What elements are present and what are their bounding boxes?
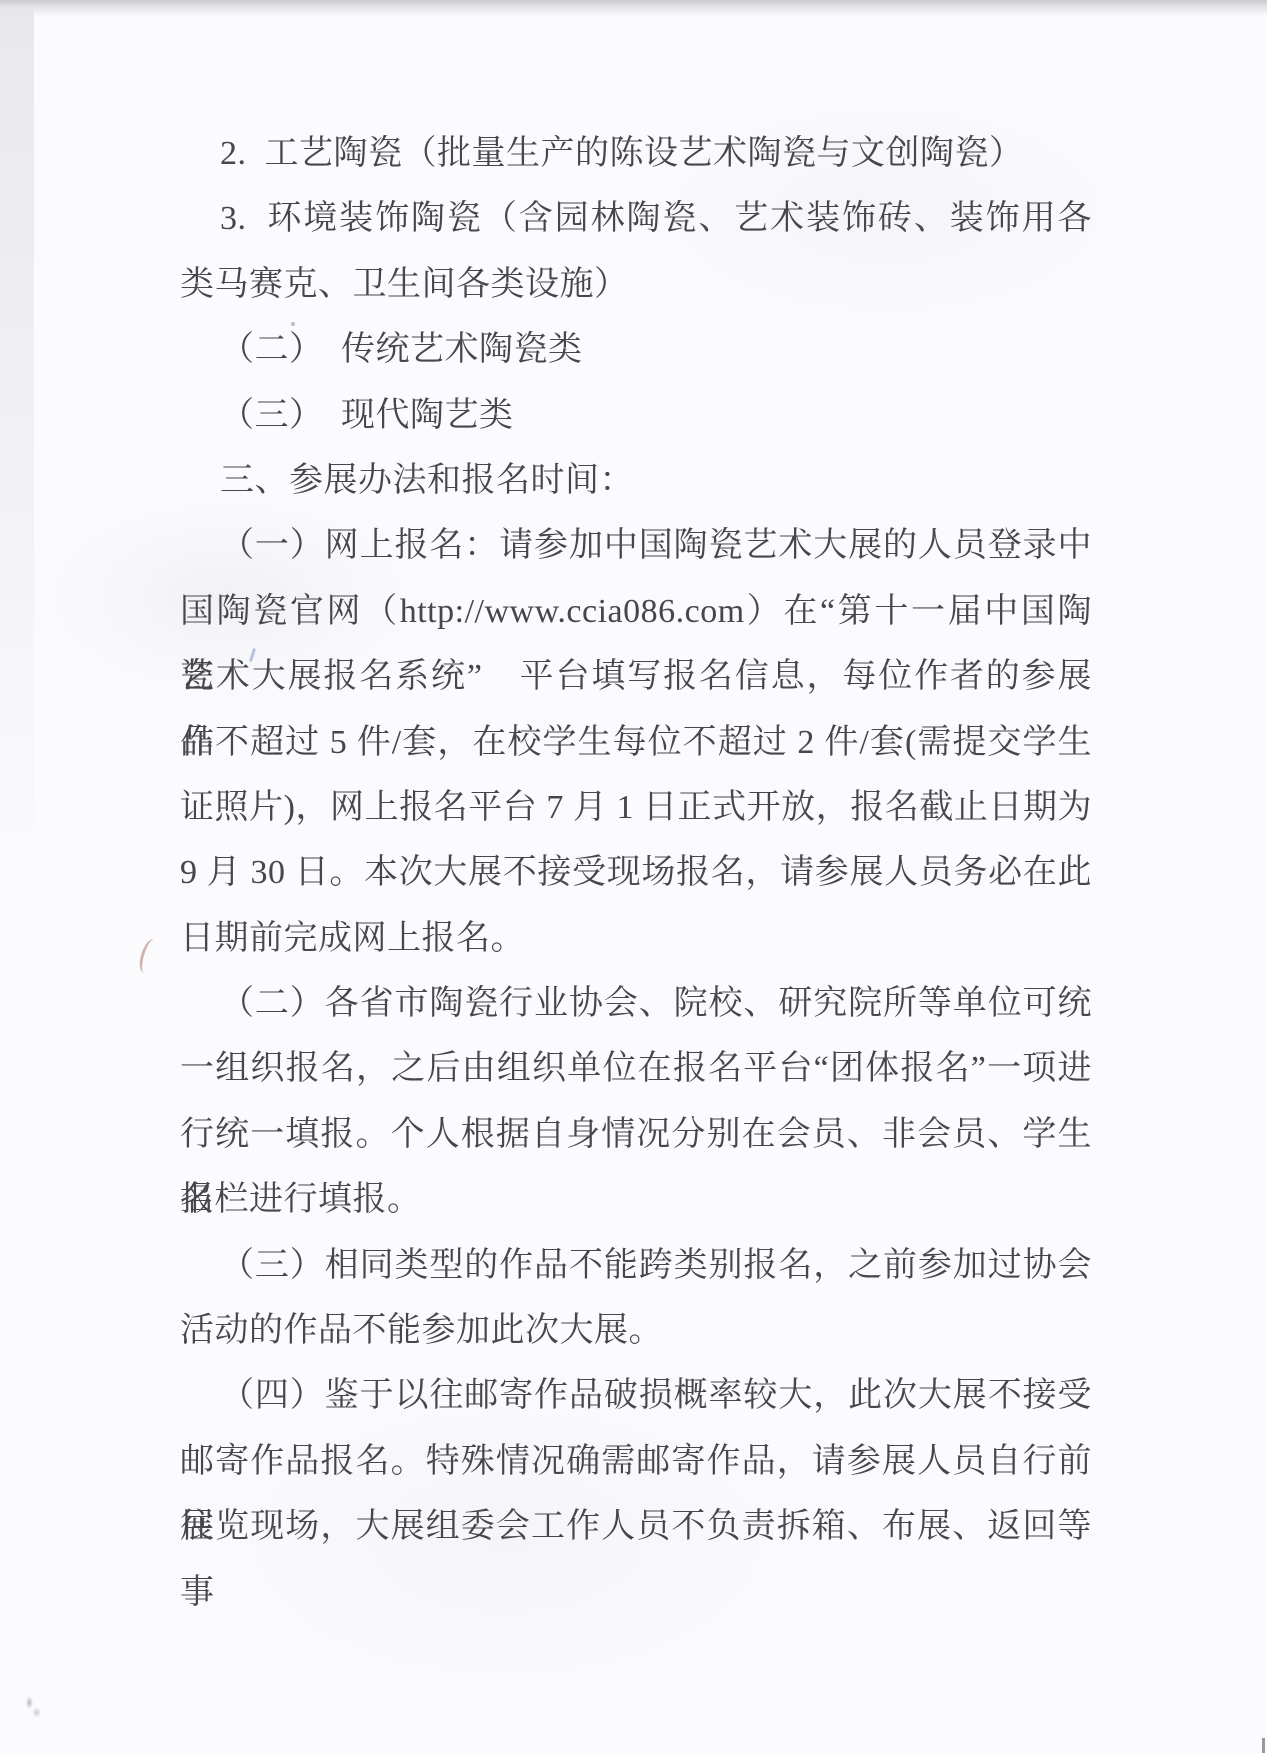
scan-edge-left	[0, 8, 34, 908]
document-line: 日期前完成网上报名。	[180, 906, 1092, 971]
document-body: 2. 工艺陶瓷（批量生产的陈设艺术陶瓷与文创陶瓷） 3. 环境装饰陶瓷（含园林陶…	[180, 121, 1092, 1560]
scan-edge-top	[0, 0, 1267, 16]
document-line: 展览现场，大展组委会工作人员不负责拆箱、布展、返回等事	[180, 1494, 1092, 1559]
document-line: （二）各省市陶瓷行业协会、院校、研究院所等单位可统	[180, 971, 1092, 1036]
document-line: 类马赛克、卫生间各类设施）	[180, 252, 1092, 317]
document-line: 一组织报名，之后由组织单位在报名平台“团体报名”一项进	[180, 1036, 1092, 1101]
document-line: 名栏进行填报。	[180, 1167, 1092, 1232]
document-line: （一）网上报名：请参加中国陶瓷艺术大展的人员登录中	[180, 513, 1092, 578]
document-line: 行统一填报。个人根据自身情况分别在会员、非会员、学生报	[180, 1102, 1092, 1167]
document-line: 品不超过 5 件/套，在校学生每位不超过 2 件/套(需提交学生	[180, 710, 1092, 775]
document-line: （三） 现代陶艺类	[180, 383, 1092, 448]
document-line: 艺术大展报名系统” 平台填写报名信息，每位作者的参展作	[180, 644, 1092, 709]
scanned-page: 2. 工艺陶瓷（批量生产的陈设艺术陶瓷与文创陶瓷） 3. 环境装饰陶瓷（含园林陶…	[0, 0, 1267, 1753]
scan-tick-bottom-right	[1262, 1738, 1265, 1753]
document-line: 邮寄作品报名。特殊情况确需邮寄作品，请参展人员自行前往	[180, 1429, 1092, 1494]
document-line: （二） 传统艺术陶瓷类	[180, 317, 1092, 382]
scan-curl-mark	[137, 936, 162, 975]
document-line: （四）鉴于以往邮寄作品破损概率较大，此次大展不接受	[180, 1363, 1092, 1428]
document-line: 活动的作品不能参加此次大展。	[180, 1298, 1092, 1363]
document-line: 国陶瓷官网（http://www.ccia086.com）在“第十一届中国陶瓷	[180, 579, 1092, 644]
document-section-heading: 三、参展办法和报名时间：	[180, 448, 1092, 513]
document-line: 9 月 30 日。本次大展不接受现场报名，请参展人员务必在此	[180, 840, 1092, 905]
document-line: 证照片)，网上报名平台 7 月 1 日正式开放，报名截止日期为	[180, 775, 1092, 840]
document-line: （三）相同类型的作品不能跨类别报名，之前参加过协会	[180, 1233, 1092, 1298]
document-line: 3. 环境装饰陶瓷（含园林陶瓷、艺术装饰砖、装饰用各	[180, 186, 1092, 251]
scan-smudge-bottom-left	[24, 1696, 42, 1718]
document-line: 2. 工艺陶瓷（批量生产的陈设艺术陶瓷与文创陶瓷）	[180, 121, 1092, 186]
